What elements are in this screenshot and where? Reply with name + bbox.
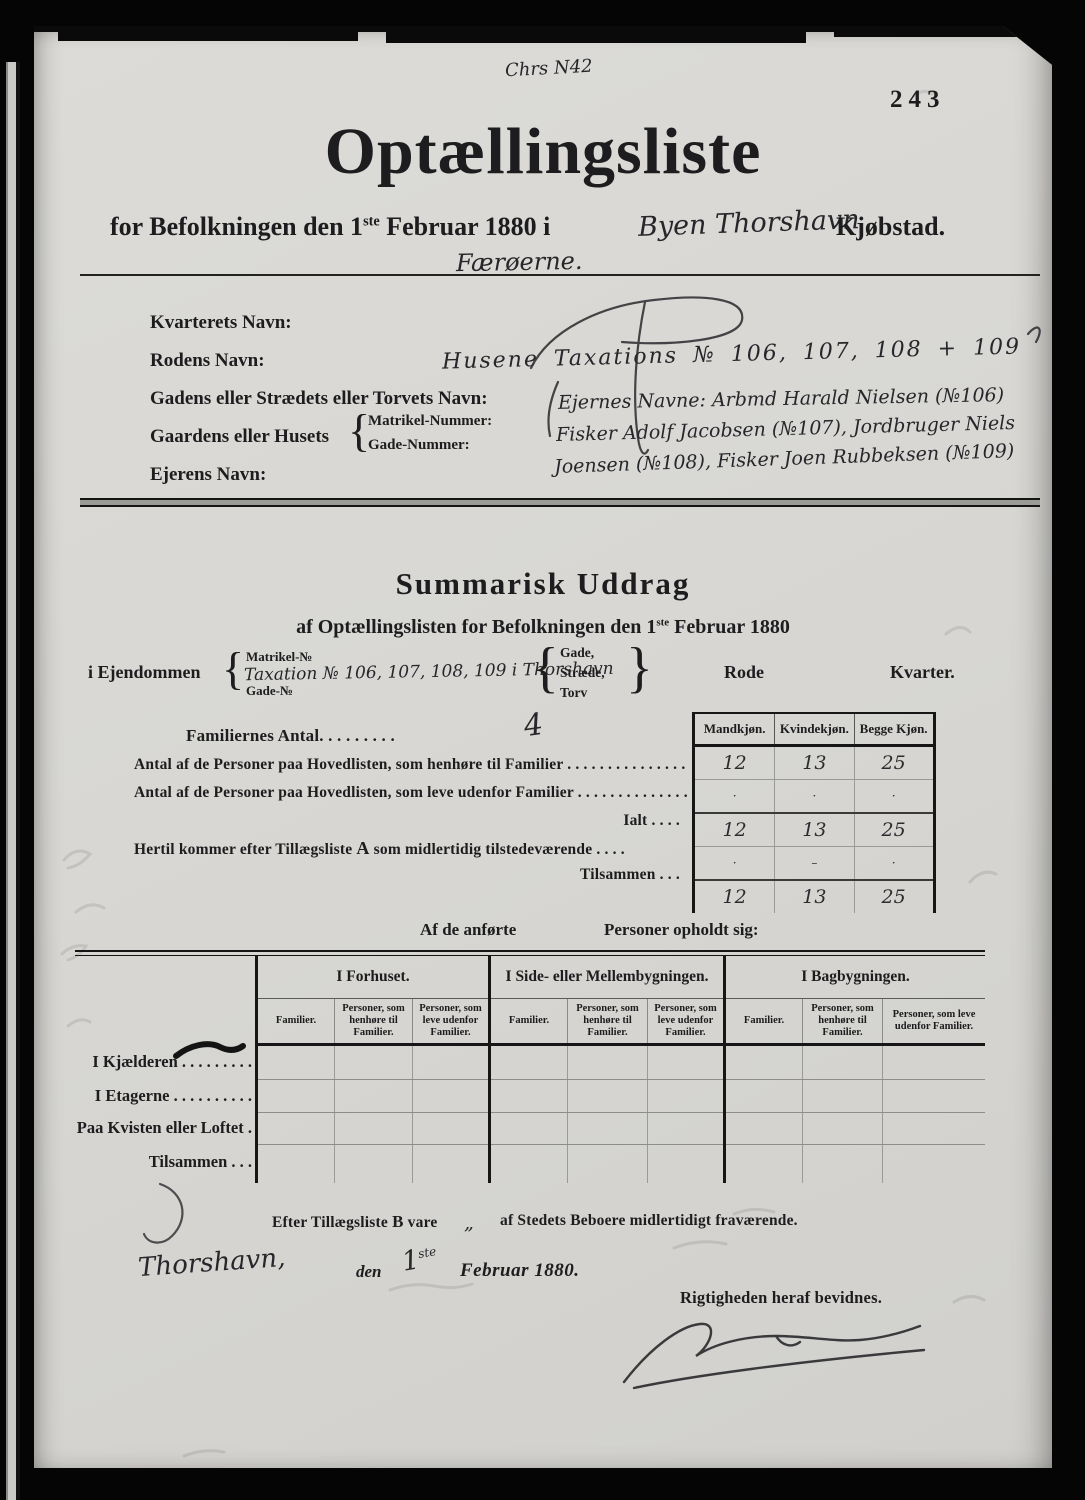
- col-kvindekjon: Kvindekjøn.: [774, 714, 853, 744]
- label-familiernes-antal: Familiernes Antal. . . . . . . . .: [186, 726, 395, 746]
- scan-edge-bump: [834, 26, 1019, 37]
- table-row: [491, 1080, 723, 1113]
- scanned-census-page: Chrs N42 243 Optællingsliste for Befolkn…: [0, 0, 1085, 1500]
- cell-value: ·: [854, 847, 933, 879]
- owners-line3-handwritten: Joensen (№108), Fisker Joen Rubbeksen (№…: [554, 440, 1015, 478]
- gade-brace-close: }: [626, 640, 653, 696]
- cell-value: –: [774, 847, 853, 879]
- scan-edge-bump: [58, 26, 358, 41]
- subcol-udenfor: Personer, som leve udenfor Familier.: [648, 999, 723, 1043]
- subcol-familier: Familier.: [726, 999, 803, 1043]
- form-brace: {: [348, 408, 370, 454]
- table-row: [258, 1145, 488, 1183]
- row-label-etagerne: I Etagerne . . . . . . . . . .: [95, 1086, 252, 1106]
- table-row: [258, 1080, 488, 1113]
- book-gutter-edge: [6, 62, 20, 1500]
- label-straede: Stræde,: [560, 666, 605, 680]
- subcol-henhore: Personer, som henhøre til Familier.: [335, 999, 413, 1043]
- divider-rule: [80, 274, 1040, 276]
- pen-curl: [130, 1178, 200, 1258]
- table-row: [726, 1080, 985, 1113]
- label-gade-nummer: Gade-Nummer:: [368, 438, 470, 453]
- label-kvarter: Kvarter.: [890, 662, 955, 683]
- section-double-rule: [80, 498, 1040, 507]
- subheader-row: Familier. Personer, som henhøre til Fami…: [491, 999, 723, 1046]
- table-row: 12 13 25: [695, 881, 933, 913]
- cell-value: 25: [854, 747, 933, 779]
- label-personer-udenfor: Antal af de Personer paa Hovedlisten, so…: [134, 784, 688, 802]
- top-annotation-handwritten: Chrs N42: [505, 56, 594, 82]
- region-handwritten: Færøerne.: [456, 247, 583, 277]
- table-row: [258, 1046, 488, 1080]
- summary-sub-post: Februar 1880: [669, 616, 790, 638]
- col-mandkjon: Mandkjøn.: [695, 714, 774, 744]
- summary-heading: Summarisk Uddrag: [34, 566, 1052, 602]
- table-row: [491, 1046, 723, 1080]
- cell-value: 25: [854, 814, 933, 846]
- location-heading-left: Af de anførte: [420, 920, 516, 940]
- cell-value: 12: [695, 814, 774, 846]
- table-row: [258, 1113, 488, 1145]
- label-personer-henhore: Antal af de Personer paa Hovedlisten, so…: [134, 756, 685, 774]
- group-mellembygningen: I Side- eller Mellembygningen. Familier.…: [491, 955, 726, 1183]
- table-row: [726, 1046, 985, 1080]
- document-page: Chrs N42 243 Optællingsliste for Befolkn…: [34, 26, 1052, 1468]
- cell-value: 12: [695, 747, 774, 779]
- label-gade: Gade,: [560, 646, 594, 660]
- label-rodens-navn: Rodens Navn:: [150, 350, 265, 372]
- cell-value: ·: [774, 780, 853, 812]
- page-title: Optællingsliste: [34, 114, 1052, 190]
- row-label-kjaelderen: I Kjælderen . . . . . . . . .: [92, 1052, 252, 1072]
- group-bagbygningen: I Bagbygningen. Familier. Personer, som …: [726, 955, 985, 1183]
- table-row: [726, 1145, 985, 1183]
- subtitle-sup: ste: [363, 213, 380, 229]
- label-tilsammen: Tilsammen . . .: [580, 866, 680, 884]
- label-gadens-navn: Gadens eller Strædets eller Torvets Navn…: [150, 388, 488, 410]
- page-number: 243: [890, 86, 946, 114]
- row-label-kvisten: Paa Kvisten eller Loftet .: [77, 1118, 252, 1138]
- hertil-post: som midlertidig tilstedeværende . . . .: [370, 841, 625, 858]
- ejendommen-brace: {: [222, 646, 244, 692]
- table-row: 12 13 25: [695, 747, 933, 780]
- label-ialt: Ialt . . . .: [623, 812, 680, 830]
- subcol-henhore: Personer, som henhøre til Familier.: [568, 999, 648, 1043]
- hertil-pre: Hertil kommer efter Tillægsliste: [134, 841, 356, 858]
- summary-table: Mandkjøn. Kvindekjøn. Begge Kjøn. 12 13 …: [692, 712, 936, 913]
- date-printed: Februar 1880.: [460, 1260, 579, 1282]
- rode-value-handwritten: Husene Taxations № 106, 107, 108 + 109: [442, 334, 1022, 374]
- gade-brace-open: {: [532, 640, 559, 696]
- label-ejerens-navn: Ejerens Navn:: [150, 464, 266, 486]
- group-forhuset: I Forhuset. Familier. Personer, som henh…: [258, 955, 491, 1183]
- group-header: I Bagbygningen.: [726, 955, 985, 999]
- summary-sub-sup: ste: [656, 616, 669, 628]
- attestation-line: Rigtigheden heraf bevidnes.: [680, 1288, 882, 1308]
- label-torv: Torv: [560, 686, 587, 700]
- hertil-bold-a: A: [356, 838, 369, 858]
- subcol-udenfor: Personer, som leve udenfor Familier.: [413, 999, 488, 1043]
- label-den: den: [356, 1262, 382, 1282]
- day-handwritten: 1ste: [400, 1241, 440, 1278]
- day-sup: ste: [417, 1244, 437, 1261]
- row-label-tilsammen: Tilsammen . . .: [149, 1152, 252, 1172]
- summary-table-header: Mandkjøn. Kvindekjøn. Begge Kjøn.: [695, 714, 933, 747]
- cell-value: 12: [695, 881, 774, 913]
- subtitle-mid: Februar 1880 i: [380, 212, 551, 241]
- table-row: [491, 1113, 723, 1145]
- signature-handwritten: [594, 1298, 964, 1398]
- cell-value: 13: [774, 881, 853, 913]
- subcol-henhore: Personer, som henhøre til Familier.: [803, 999, 883, 1043]
- place-handwritten: Thorshavn,: [137, 1243, 286, 1283]
- tillaegsliste-b-line-rest: af Stedets Beboere midlertidigt fraværen…: [500, 1212, 798, 1230]
- owners-line1-handwritten: Ejernes Navne: Arbmd Harald Nielsen (№10…: [558, 384, 1004, 414]
- subcol-familier: Familier.: [258, 999, 335, 1043]
- label-matrikel-no: Matrikel-№: [246, 650, 313, 663]
- location-table: I Forhuset. Familier. Personer, som henh…: [255, 955, 985, 1183]
- cell-value: ·: [854, 780, 933, 812]
- city-handwritten: Byen Thorshavn: [638, 204, 861, 243]
- summary-subheading: af Optællingslisten for Befolkningen den…: [34, 616, 1052, 639]
- group-header: I Side- eller Mellembygningen.: [491, 955, 723, 999]
- tillaegsliste-b-line: Efter Tillægsliste B vare: [272, 1212, 437, 1232]
- label-rode: Rode: [724, 662, 764, 683]
- label-hertil-tillaegsliste-a: Hertil kommer efter Tillægsliste A som m…: [134, 838, 625, 859]
- subcol-udenfor: Personer, som leve udenfor Familier.: [883, 999, 985, 1043]
- efter-pre: Efter Tillægsliste: [272, 1214, 392, 1231]
- label-gaardens-husets: Gaardens eller Husets: [150, 426, 329, 448]
- cell-value: 13: [774, 814, 853, 846]
- efter-mid: vare: [404, 1214, 438, 1231]
- efter-bold-b: B: [392, 1212, 404, 1231]
- subcol-familier: Familier.: [491, 999, 568, 1043]
- subheader-row: Familier. Personer, som henhøre til Fami…: [258, 999, 488, 1046]
- table-row: 12 13 25: [695, 814, 933, 847]
- blank-ditto-mark-handwritten: „: [464, 1212, 474, 1234]
- cell-value: ·: [695, 780, 774, 812]
- scan-edge-bump: [386, 26, 806, 43]
- table-row: · · ·: [695, 780, 933, 814]
- subtitle-kjobstad: Kjøbstad.: [836, 212, 945, 242]
- col-begge-kjon: Begge Kjøn.: [854, 714, 933, 744]
- summary-sub-pre: af Optællingslisten for Befolkningen den…: [296, 616, 656, 638]
- label-kvarterets-navn: Kvarterets Navn:: [150, 312, 292, 334]
- group-header: I Forhuset.: [258, 955, 488, 999]
- familiernes-antal-value-handwritten: 4: [522, 707, 546, 744]
- subtitle-pre: for Befolkningen den 1: [110, 212, 363, 241]
- table-row: [726, 1113, 985, 1145]
- location-heading-right: Personer opholdt sig:: [604, 920, 759, 940]
- cell-value: 25: [854, 881, 933, 913]
- owners-line2-handwritten: Fisker Adolf Jacobsen (№107), Jordbruger…: [556, 412, 1015, 446]
- subtitle: for Befolkningen den 1ste Februar 1880 i: [110, 212, 550, 242]
- cell-value: 13: [774, 747, 853, 779]
- label-gade-no: Gade-№: [246, 684, 293, 697]
- table-row: · – ·: [695, 847, 933, 881]
- table-row: [491, 1145, 723, 1183]
- label-i-ejendommen: i Ejendommen: [88, 662, 201, 683]
- subheader-row: Familier. Personer, som henhøre til Fami…: [726, 999, 985, 1046]
- label-matrikel-nummer: Matrikel-Nummer:: [368, 414, 492, 429]
- cell-value: ·: [695, 847, 774, 879]
